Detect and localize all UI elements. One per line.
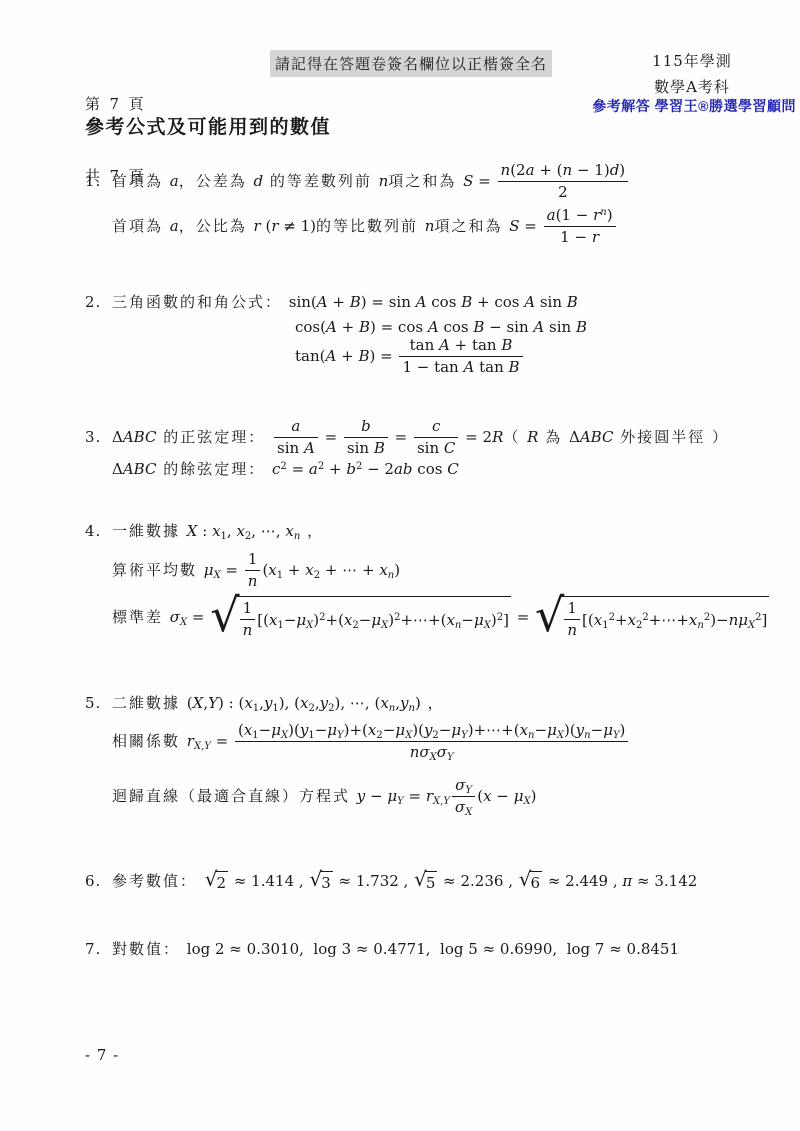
math-token: = (211, 732, 233, 750)
item-number-2: 2. (85, 292, 112, 312)
math-token: x (268, 561, 276, 579)
one-dim-data-intro: 一維數據 X : x1, x2, ⋯, xn ， (112, 522, 324, 540)
formula-4-line-2: 算術平均數 μX = 1n(x1 + x2 + ⋯ + xn) (112, 551, 400, 592)
math-token: n (567, 621, 577, 639)
math-token: n (563, 161, 573, 179)
math-token: A (416, 293, 427, 311)
math-token: xn (446, 610, 461, 630)
math-token: A (325, 347, 336, 365)
math-token: Δ (569, 428, 580, 446)
math-token: （ (503, 428, 527, 446)
math-token: μ (327, 721, 337, 739)
math-token: r (592, 228, 599, 246)
formula-1-line-1: 1.首項為 a，公差為 d 的等差數列前 n項之和為 S = n(2a + (n… (85, 162, 630, 203)
formula-3-line-2: ΔABC 的餘弦定理： c2 = a2 + b2 − 2ab cos C (112, 459, 459, 479)
math-token: √3 (309, 871, 332, 893)
math-token: x1 (269, 610, 284, 630)
math-token: ] (762, 610, 768, 630)
math-token: B (501, 336, 512, 354)
math-token: n (425, 217, 435, 235)
math-token: + (615, 610, 628, 630)
math-token: = (287, 460, 309, 478)
math-token: ab (394, 460, 413, 478)
math-token: B (576, 318, 587, 336)
math-token: x (483, 787, 491, 805)
math-token: + cos (472, 293, 524, 311)
math-token: B (374, 439, 385, 457)
math-token: 為 (538, 428, 569, 446)
tangent-addition-formula: tan(A + B) = tan A + tan B1 − tan A tan … (295, 347, 525, 365)
math-token: ABC (580, 428, 614, 446)
math-token: ≈ 2.449 , (543, 872, 622, 890)
math-token: ABC (123, 460, 157, 478)
math-token: μX (204, 561, 221, 579)
math-token: √1n[(x12+x22+⋯+xn2)−nμX2] (535, 596, 769, 641)
item-number-7: 7. (85, 939, 112, 959)
math-token: = (221, 561, 243, 579)
math-token: = (404, 787, 426, 805)
math-token: ABC (580, 428, 614, 446)
math-token: 二維數據 (112, 694, 187, 712)
math-token: S (509, 217, 519, 235)
math-token: ≠ 1) (278, 217, 316, 235)
arithmetic-mean-formula: 算術平均數 μX = 1n(x1 + x2 + ⋯ + xn) (112, 561, 400, 579)
math-token: xn (380, 694, 395, 712)
math-token: a (309, 460, 318, 478)
answer-credit-line: 參考解答 學習王®勝選學習顧問 (592, 96, 796, 116)
math-token: R (492, 428, 503, 446)
math-token: a (170, 217, 179, 235)
math-token: σX (170, 608, 187, 626)
math-token: R (527, 428, 538, 446)
math-token: σY (437, 743, 454, 761)
math-token: n (379, 172, 389, 190)
math-token: x2 (305, 561, 320, 579)
math-token: √ (210, 592, 239, 638)
math-token: 的餘弦定理： (156, 460, 272, 478)
math-token: n (729, 611, 739, 629)
math-token: tan( (295, 347, 325, 365)
math-token: X (381, 620, 388, 631)
math-token: Y (447, 752, 454, 763)
math-token: σYσX (452, 776, 475, 817)
math-token: B (501, 336, 512, 354)
page-title: 參考公式及可能用到的數值 (85, 112, 331, 139)
math-token: σ (455, 776, 465, 794)
math-token: − (315, 721, 328, 739)
standard-deviation-formula: 標準差 σX = √1n[(x1−μX)2+(x2−μX)2+⋯+(xn−μX)… (112, 608, 770, 626)
math-token: μY (327, 721, 343, 739)
math-token: ) = cos (370, 318, 428, 336)
math-token: a2 (309, 460, 324, 478)
math-token: tan A + tan B (399, 336, 522, 356)
math-token: σX (452, 796, 475, 817)
math-token: B (473, 318, 484, 336)
math-token: r (187, 732, 194, 750)
math-token: X (187, 522, 198, 540)
math-token: 1n (245, 550, 261, 591)
math-token: π (622, 872, 632, 890)
formula-7-line-1: 7.對數值： log 2 ≈ 0.3010, log 3 ≈ 0.4771, l… (85, 939, 679, 959)
item-number-4: 4. (85, 521, 112, 541)
math-token: − sin (484, 318, 533, 336)
math-token: ， (300, 522, 324, 540)
math-token: c (414, 417, 458, 437)
math-token: x2 (344, 610, 359, 630)
math-token: a (547, 206, 556, 224)
math-token: R (527, 428, 538, 446)
math-token: μX (395, 721, 412, 739)
math-token: μ (451, 721, 461, 739)
math-token: d (254, 172, 264, 190)
math-token: − (492, 787, 514, 805)
math-token: cos (413, 460, 448, 478)
math-token: +⋯+( (400, 610, 446, 630)
math-token: y (320, 694, 328, 712)
math-token: 的正弦定理： (156, 428, 272, 446)
math-token: (1 − (556, 206, 594, 224)
math-token: x (628, 611, 636, 629)
math-token: X (523, 796, 530, 807)
math-token: B (350, 293, 361, 311)
math-token: b (361, 417, 371, 435)
math-token: )( (564, 721, 576, 739)
sine-addition-formula: 三角函數的和角公式： sin(A + B) = sin A cos B + co… (112, 293, 578, 311)
math-token: μX (371, 610, 388, 630)
math-token: c2 (272, 460, 287, 478)
math-token: A (416, 293, 427, 311)
math-token: a (170, 172, 179, 190)
math-token: x (236, 522, 244, 540)
math-token: B (567, 293, 578, 311)
math-token: x (285, 522, 293, 540)
math-token: μ (603, 721, 613, 739)
math-token: x1 (594, 610, 609, 630)
math-token: ≈ 1.732 , (334, 872, 413, 890)
math-token: ) = (369, 347, 397, 365)
math-token: 項之和為 (434, 217, 509, 235)
math-token: = 2 (460, 428, 492, 446)
math-token: a (274, 417, 318, 437)
math-token: n (567, 621, 577, 639)
math-token: C (444, 439, 455, 457)
math-token: (x1−μX)(y1−μY)+(x2−μX)(y2−μY)+⋯+(xn−μX)(… (235, 721, 628, 741)
math-token: sin (544, 318, 576, 336)
math-token: A (439, 336, 450, 354)
math-token: n (240, 619, 256, 640)
math-token: )( (412, 721, 424, 739)
math-token: σ (455, 798, 465, 816)
math-token: − 1) (572, 161, 610, 179)
arithmetic-series-formula: 首項為 a，公差為 d 的等差數列前 n項之和為 S = n(2a + (n −… (112, 172, 630, 190)
math-token: Y (337, 730, 344, 741)
math-token: + (337, 318, 359, 336)
math-token: xn (285, 522, 300, 540)
math-token: cos (427, 293, 462, 311)
math-token: √6 (519, 871, 542, 893)
math-token: x2 (628, 610, 643, 630)
math-token: x (212, 522, 220, 540)
math-token: σY (452, 776, 475, 796)
math-token: n (248, 572, 258, 590)
math-token: y2 (424, 721, 439, 739)
item-number-5: 5. (85, 693, 112, 713)
math-token: a (291, 417, 300, 435)
math-token: − (284, 610, 297, 630)
math-token: nσXσY (235, 741, 628, 762)
math-token: x (379, 561, 387, 579)
signature-notice: 請記得在答題卷簽名欄位以正楷簽全名 (270, 50, 552, 77)
two-dim-data-intro: 二維數據 (X,Y) : (x1,y1), (x2,y2), ⋯, (xn,yn… (112, 694, 445, 712)
math-token: Y (397, 796, 404, 807)
formula-4-line-1: 4.一維數據 X : x1, x2, ⋯, xn ， (85, 521, 324, 541)
math-token: A (428, 318, 439, 336)
formula-2-line-2: cos(A + B) = cos A cos B − sin A sin B (295, 317, 587, 337)
math-token: x1 (212, 522, 227, 540)
math-token: μ (395, 721, 405, 739)
math-token: 參考數值： (112, 872, 204, 890)
math-token: − (461, 610, 474, 630)
math-token: − (259, 721, 272, 739)
math-token: 2 (558, 183, 568, 201)
math-token: 2 (216, 871, 229, 893)
math-token: b (344, 417, 388, 437)
math-token: )( (288, 721, 300, 739)
math-token: μ (271, 721, 281, 739)
math-token: σX (455, 798, 472, 816)
math-token: y2 (320, 694, 335, 712)
math-token: a (170, 172, 179, 190)
math-token: X,Y (194, 741, 211, 752)
math-token: − 2 (362, 460, 394, 478)
math-token: 1 (564, 599, 580, 619)
math-token: ABC (123, 428, 157, 446)
math-token: √1n[(x1−μX)2+(x2−μX)2+⋯+(xn−μX)2] (210, 596, 511, 641)
math-token: cos( (295, 318, 326, 336)
math-token: X (465, 807, 472, 818)
correlation-coefficient-formula: 相關係數 rX,Y = (x1−μX)(y1−μY)+(x2−μX)(y2−μY… (112, 732, 630, 750)
math-token: B (509, 358, 520, 376)
math-token: B (509, 358, 520, 376)
formula-6-line-1: 6.參考數值： √2 ≈ 1.414 , √3 ≈ 1.732 , √5 ≈ 2… (85, 871, 697, 893)
math-token: = (390, 428, 412, 446)
regression-line-formula: 迴歸直線（最適合直線）方程式 y − μY = rX,YσYσX(x − μX) (112, 787, 536, 805)
item-number-6: 6. (85, 871, 112, 891)
math-token: Y (208, 694, 218, 712)
math-token: x (483, 787, 491, 805)
math-token: n(2a + (n − 1)d) (498, 161, 629, 181)
math-token: xn (520, 721, 535, 739)
math-token: +⋯+ (649, 610, 689, 630)
math-token: A (464, 358, 475, 376)
math-token: B (358, 347, 369, 365)
math-token: B (461, 293, 472, 311)
math-token: n(2a + (n − 1)d)2 (498, 161, 629, 202)
math-token: xn (689, 610, 704, 630)
math-token: y1 (264, 694, 279, 712)
math-token: μ (296, 611, 306, 629)
math-token: 1 (243, 599, 253, 617)
math-token: B (473, 318, 484, 336)
math-token: yn (400, 694, 415, 712)
math-token: bsin B (344, 417, 388, 458)
math-token: σ (437, 743, 447, 761)
math-token: 1 − r (544, 226, 616, 247)
math-token: μY (387, 787, 403, 805)
math-token: ≈ 1.414 , (229, 872, 308, 890)
math-token: 1n[(x12+x22+⋯+xn2)−nμX2] (561, 596, 769, 641)
math-token: xn (379, 561, 394, 579)
math-token: − (365, 787, 387, 805)
math-token: 迴歸直線（最適合直線）方程式 (112, 787, 357, 805)
math-token: [( (257, 610, 269, 630)
math-token: μX (547, 721, 564, 739)
math-token: − (359, 610, 372, 630)
formula-4-line-3: 標準差 σX = √1n[(x1−μX)2+(x2−μX)2+⋯+(xn−μX)… (112, 596, 770, 641)
math-token: sin (535, 293, 567, 311)
math-token: A (464, 358, 475, 376)
math-token: 對數值： (112, 940, 187, 958)
math-token: C (447, 460, 458, 478)
math-token: B (461, 293, 472, 311)
math-token: S (463, 172, 473, 190)
law-of-sines-formula: ΔABC 的正弦定理： asin A = bsin B = csin C = 2… (112, 428, 729, 446)
math-token: μY (603, 721, 619, 739)
math-token: μ (474, 611, 484, 629)
math-token: 1 − (560, 228, 592, 246)
math-token: x (520, 721, 528, 739)
formula-3-line-1: 3.ΔABC 的正弦定理： asin A = bsin B = csin C =… (85, 418, 729, 459)
math-token: b (346, 460, 356, 478)
math-token: x1 (244, 721, 259, 739)
math-token: Y (465, 785, 472, 796)
math-token: − (383, 721, 396, 739)
math-token: + (328, 293, 350, 311)
math-token: n (379, 172, 389, 190)
math-token: A (533, 318, 544, 336)
math-token: x2 (300, 694, 315, 712)
math-token: ( (261, 217, 272, 235)
math-token: n (563, 161, 573, 179)
math-token: n (564, 619, 580, 640)
math-token: μ (371, 611, 381, 629)
math-token: σ (170, 608, 180, 626)
math-token: y (576, 721, 584, 739)
math-token: )+( (344, 721, 368, 739)
math-token: A (326, 318, 337, 336)
math-token: − (439, 721, 452, 739)
math-token: ≈ 3.142 (632, 872, 697, 890)
math-token: ， (421, 694, 445, 712)
reference-values: 參考數值： √2 ≈ 1.414 , √3 ≈ 1.732 , √5 ≈ 2.2… (112, 872, 697, 890)
math-token: sin (417, 439, 444, 457)
page-footer: - 7 - (85, 1046, 119, 1064)
math-token: A (524, 293, 535, 311)
math-token: B (350, 293, 361, 311)
math-token: 6 (530, 871, 543, 893)
math-token: 相關係數 (112, 732, 187, 750)
math-token: X (187, 522, 198, 540)
math-token: √ (535, 592, 564, 638)
math-token: log 2 ≈ 0.3010, log 3 ≈ 0.4771, log 5 ≈ … (187, 940, 679, 958)
math-token: C (447, 460, 458, 478)
formula-1-line-2: 首項為 a，公比為 r (r ≠ 1)的等比數列前 n項之和為 S = a(1 … (112, 207, 618, 248)
math-token: x2 (236, 522, 251, 540)
math-token: σY (455, 776, 472, 794)
math-token: ) (531, 787, 537, 805)
math-token: √2 (205, 871, 228, 893)
math-token: A (304, 439, 315, 457)
formula-5-line-2: 相關係數 rX,Y = (x1−μX)(y1−μY)+(x2−μX)(y2−μY… (112, 722, 630, 763)
law-of-cosines-formula: ΔABC 的餘弦定理： c2 = a2 + b2 − 2ab cos C (112, 460, 459, 478)
math-token: B (358, 347, 369, 365)
math-token: 三角函數的和角公式： (112, 293, 289, 311)
math-token: S (463, 172, 473, 190)
formula-5-line-1: 5.二維數據 (X,Y) : (x1,y1), (x2,y2), ⋯, (xn,… (85, 693, 445, 713)
math-token: ，公差為 (179, 172, 254, 190)
math-token: b (361, 417, 371, 435)
math-token: ABC (123, 428, 157, 446)
math-token: 1 (248, 550, 258, 568)
math-token: 首項為 (112, 172, 170, 190)
math-token: A (326, 318, 337, 336)
math-token: μX (474, 610, 491, 630)
math-token: X (557, 730, 564, 741)
formula-5-line-3: 迴歸直線（最適合直線）方程式 y − μY = rX,YσYσX(x − μX) (112, 777, 536, 818)
math-token: asin A (274, 417, 318, 458)
math-token: c (432, 417, 440, 435)
math-token: r (254, 217, 261, 235)
math-token: y (357, 787, 365, 805)
math-token: 1 − tan (402, 358, 463, 376)
math-token: X (430, 752, 437, 763)
math-token: μ (738, 611, 748, 629)
math-token: π (622, 872, 632, 890)
math-token: A (524, 293, 535, 311)
math-token: n (410, 743, 420, 761)
math-token: σX (419, 743, 436, 761)
math-token: = (520, 217, 542, 235)
math-token: μX (514, 787, 531, 805)
math-token: 1 (245, 550, 261, 570)
math-token: X (193, 694, 204, 712)
math-token: 標準差 (112, 608, 170, 626)
math-token: d (254, 172, 264, 190)
math-token: ) : ( (218, 694, 244, 712)
math-token: tan (410, 336, 439, 354)
math-token: 6 (531, 874, 541, 892)
math-token: 一維數據 (112, 522, 187, 540)
math-token: ab (394, 460, 413, 478)
math-token: 2 (217, 874, 227, 892)
math-token: μ (547, 721, 557, 739)
math-token: ] (503, 610, 509, 630)
math-token: , ⋯, (251, 522, 285, 540)
math-token: tan (474, 358, 508, 376)
math-token: x1 (268, 561, 283, 579)
math-token: sin( (289, 293, 317, 311)
math-token: 3 (320, 871, 333, 893)
math-token: n (501, 161, 511, 179)
math-token: 5 (425, 871, 438, 893)
math-token: 項之和為 (388, 172, 463, 190)
math-token: + ⋯ + (320, 561, 379, 579)
math-token: X (748, 620, 755, 631)
geometric-series-formula: 首項為 a，公比為 r (r ≠ 1)的等比數列前 n項之和為 S = a(1 … (112, 217, 618, 235)
math-token: 1n (240, 599, 256, 640)
math-token: A (325, 347, 336, 365)
math-token: d (610, 161, 620, 179)
